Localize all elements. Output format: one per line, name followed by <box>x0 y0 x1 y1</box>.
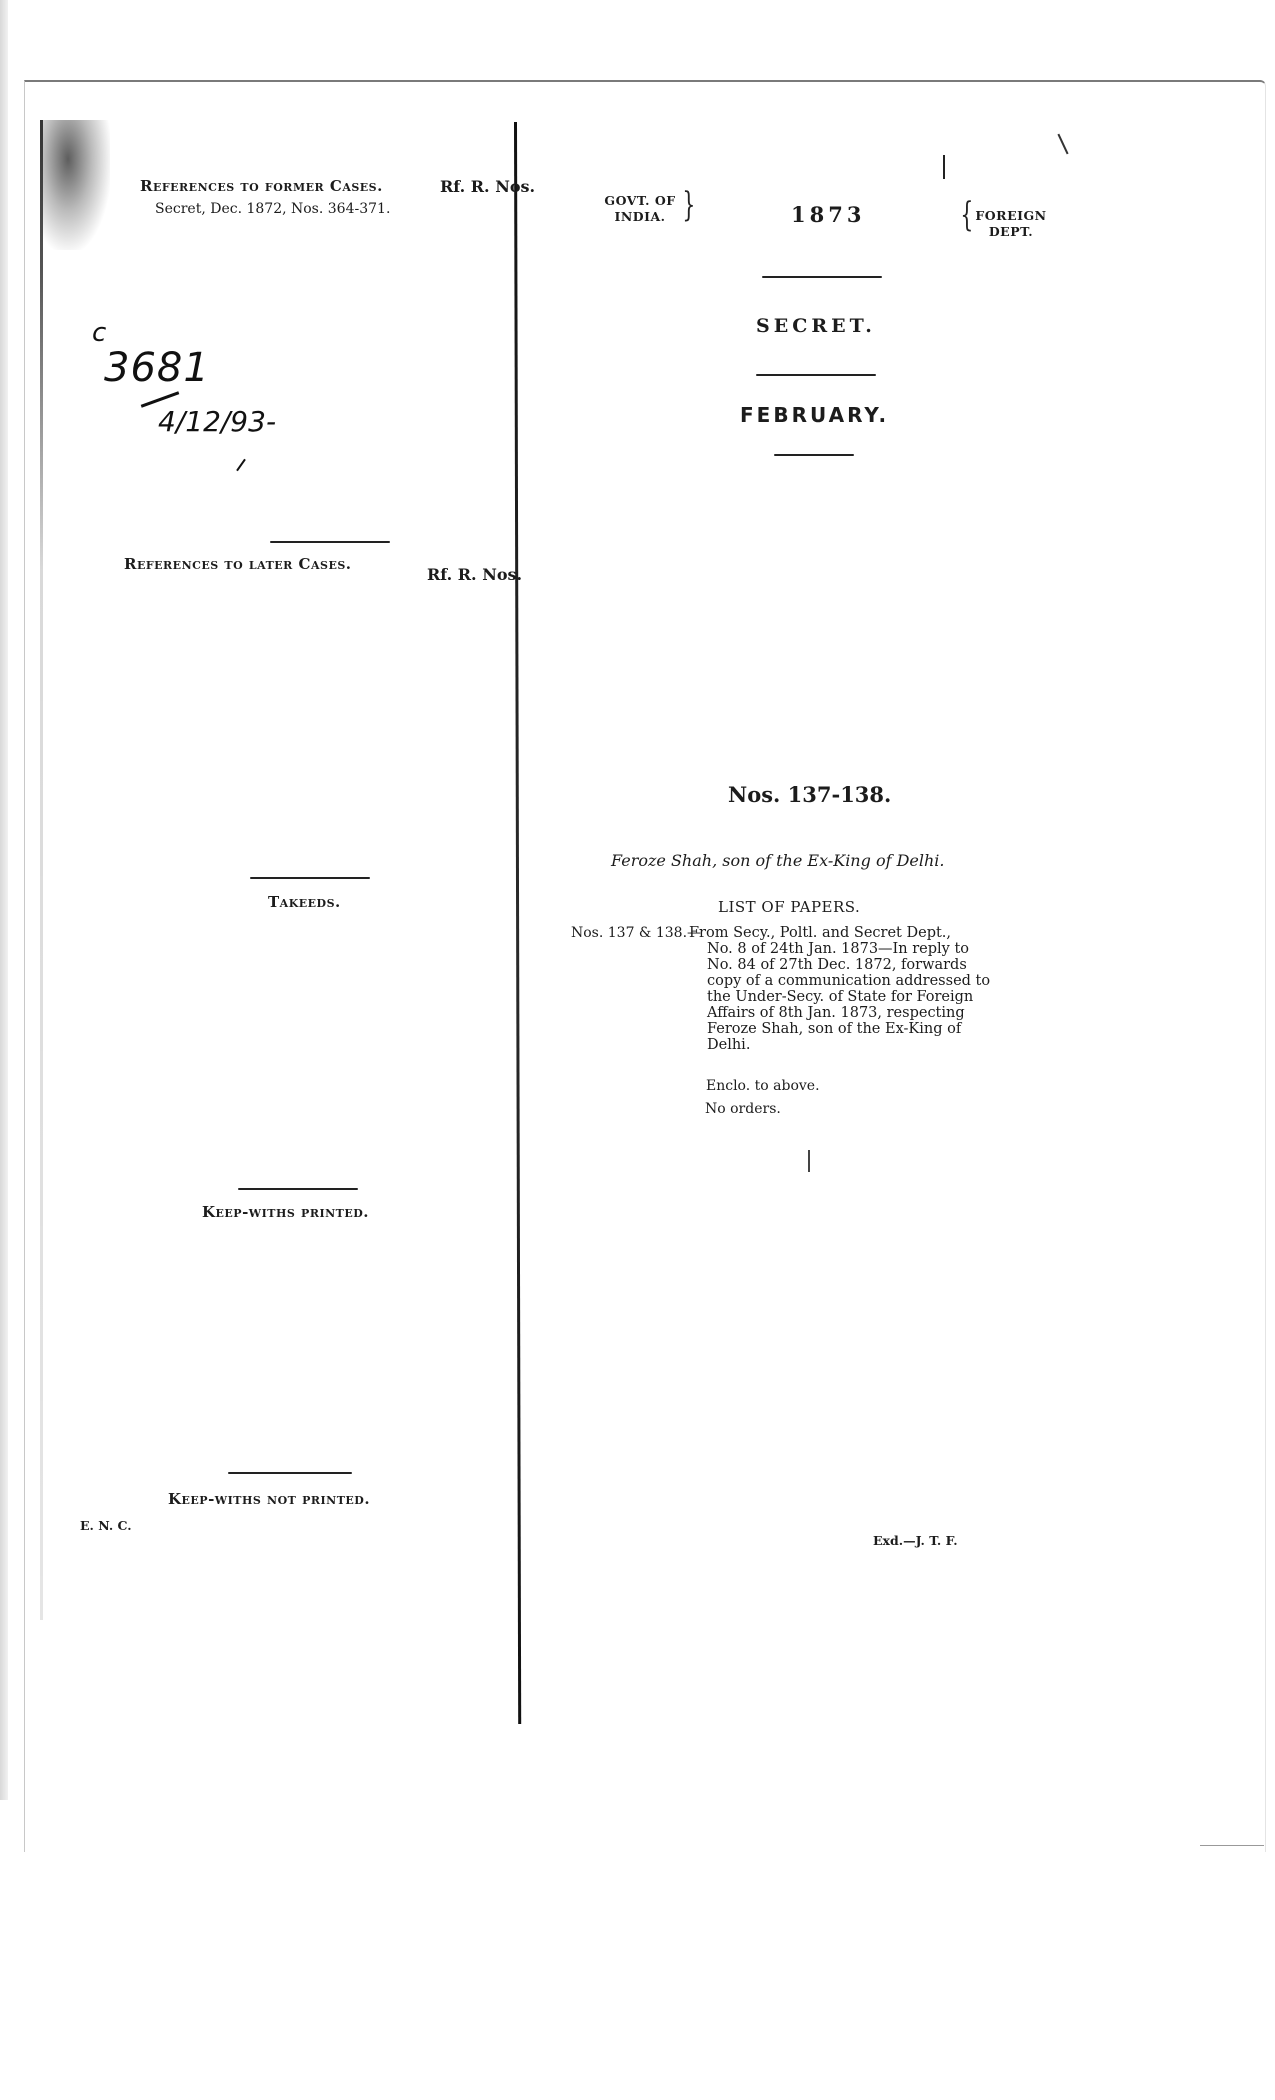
section-rule <box>250 877 370 879</box>
dept-line-1: FOREIGN <box>972 208 1050 224</box>
month: FEBRUARY. <box>740 403 889 427</box>
keep-withs-printed-heading: Keep-withs printed. <box>202 1203 369 1221</box>
year: 1873 <box>791 202 865 227</box>
scanner-edge <box>0 0 8 1800</box>
section-rule <box>762 276 882 278</box>
paper-line: Feroze Shah, son of the Ex-King of <box>707 1021 1015 1037</box>
section-rule <box>270 541 390 543</box>
binding-edge <box>40 120 43 1620</box>
section-rule <box>238 1188 358 1190</box>
section-rule <box>774 454 854 456</box>
former-cases-ref-label: Rf. R. Nos. <box>440 177 535 196</box>
orders-note: No orders. <box>705 1101 781 1117</box>
handwritten-date: 4/12/93- <box>158 405 276 438</box>
former-cases-heading: References to former Cases. <box>140 177 383 195</box>
paper-label: Nos. 137 & 138.— <box>571 925 701 941</box>
later-cases-ref-label: Rf. R. Nos. <box>427 565 522 584</box>
case-numbers: Nos. 137-138. <box>728 782 891 807</box>
later-cases-heading: References to later Cases. <box>124 555 352 573</box>
section-rule <box>228 1472 352 1474</box>
govt-line-2: INDIA. <box>598 209 682 225</box>
keep-withs-not-printed-heading: Keep-withs not printed. <box>168 1490 370 1508</box>
ink-smudge <box>40 120 110 250</box>
page-edge <box>1200 1845 1264 1846</box>
document-page <box>24 80 1266 1852</box>
right-brace-icon: } <box>682 190 695 220</box>
stray-mark <box>943 155 945 179</box>
subject: Feroze Shah, son of the Ex-King of Delhi… <box>611 851 945 870</box>
paper-line: copy of a communication addressed to <box>707 973 1015 989</box>
paper-line: the Under-Secy. of State for Foreign <box>707 989 1015 1005</box>
list-of-papers-heading: LIST OF PAPERS. <box>718 898 860 916</box>
initials: E. N. C. <box>80 1518 132 1533</box>
paper-line: Delhi. <box>707 1037 1015 1053</box>
stray-mark <box>808 1150 810 1172</box>
paper-line: No. 84 of 27th Dec. 1872, forwards <box>707 957 1015 973</box>
paper-line: Affairs of 8th Jan. 1873, respecting <box>707 1005 1015 1021</box>
dept-label: FOREIGN DEPT. <box>972 208 1050 240</box>
former-cases-entry: Secret, Dec. 1872, Nos. 364-371. <box>155 201 390 217</box>
examined-initials: Exd.—J. T. F. <box>873 1533 958 1548</box>
paper-line: No. 8 of 24th Jan. 1873—In reply to <box>707 941 1015 957</box>
enclosure-note: Enclo. to above. <box>706 1078 820 1094</box>
classification: SECRET. <box>756 315 876 337</box>
section-rule <box>756 374 876 376</box>
paper-entry: From Secy., Poltl. and Secret Dept., No.… <box>707 925 1015 1053</box>
takeeds-heading: Takeeds. <box>268 893 341 911</box>
govt-label: GOVT. OF INDIA. <box>598 193 682 225</box>
dept-line-2: DEPT. <box>972 224 1050 240</box>
handwritten-number: 3681 <box>104 345 210 391</box>
paper-line: From Secy., Poltl. and Secret Dept., <box>689 925 1015 941</box>
govt-line-1: GOVT. OF <box>598 193 682 209</box>
handwritten-mark: c <box>92 318 106 348</box>
